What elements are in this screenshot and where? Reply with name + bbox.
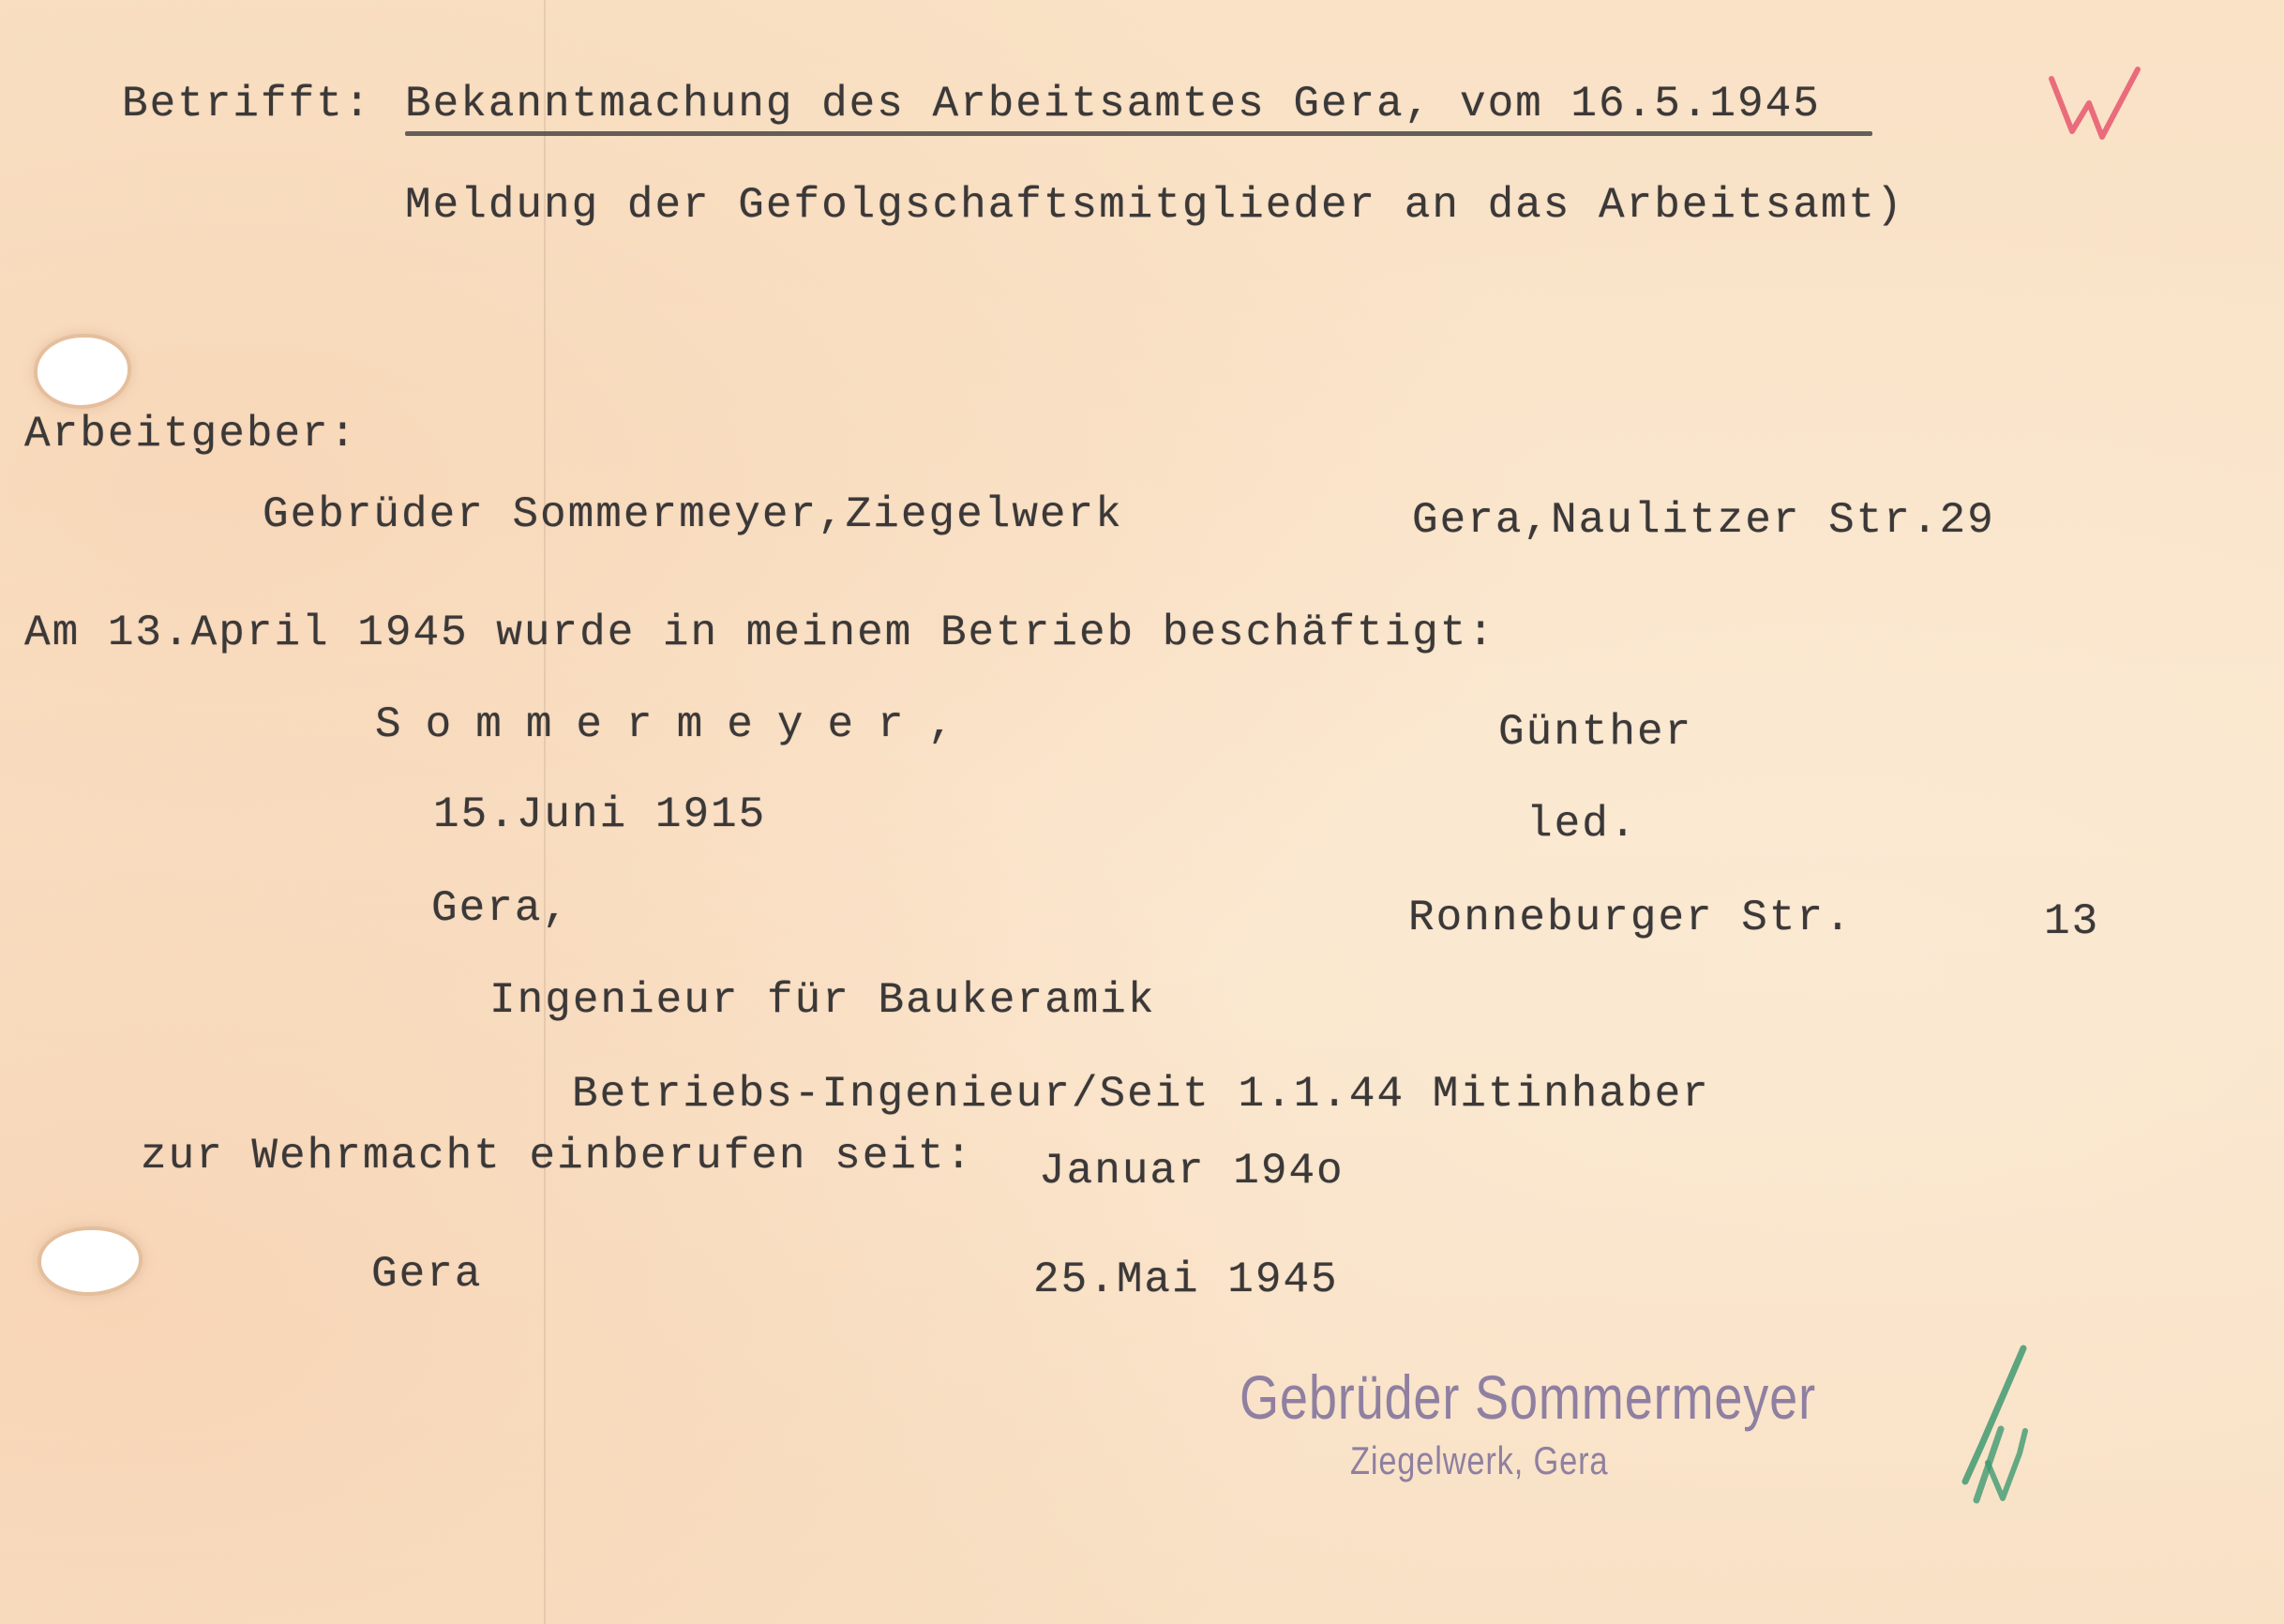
employer-name: Gebrüder Sommermeyer,Ziegelwerk bbox=[263, 493, 1123, 536]
green-signature-icon bbox=[1950, 1341, 2053, 1510]
employee-street: Ronneburger Str. bbox=[1408, 896, 1853, 940]
military-label: zur Wehrmacht einberufen seit: bbox=[141, 1135, 973, 1178]
paper-background bbox=[0, 0, 2284, 1624]
subject-subtitle: Meldung der Gefolgschaftsmitglieder an d… bbox=[405, 184, 1904, 227]
company-stamp-line1: Gebrüder Sommermeyer bbox=[1240, 1361, 1816, 1433]
employee-first-name: Günther bbox=[1498, 711, 1692, 754]
employee-birth-date: 15.Juni 1915 bbox=[433, 793, 766, 836]
subject-underline bbox=[405, 131, 1872, 136]
employee-position: Betriebs-Ingenieur/Seit 1.1.44 Mitinhabe… bbox=[572, 1073, 1710, 1116]
red-pencil-mark-icon bbox=[2044, 60, 2147, 144]
subject-title: Bekanntmachung des Arbeitsamtes Gera, vo… bbox=[405, 83, 1821, 126]
place: Gera bbox=[371, 1253, 482, 1296]
intro-line: Am 13.April 1945 wurde in meinem Betrieb… bbox=[24, 611, 1495, 654]
employer-label: Arbeitgeber: bbox=[24, 413, 357, 456]
employer-address: Gera,Naulitzer Str.29 bbox=[1412, 499, 1995, 542]
employee-house-number: 13 bbox=[2044, 900, 2099, 943]
document-date: 25.Mai 1945 bbox=[1033, 1258, 1339, 1301]
company-stamp-line2: Ziegelwerk, Gera bbox=[1350, 1438, 1608, 1483]
employee-surname: Sommermeyer, bbox=[375, 703, 978, 746]
employee-city: Gera, bbox=[431, 887, 570, 930]
military-date: Januar 194o bbox=[1039, 1150, 1345, 1193]
employee-profession: Ingenieur für Baukeramik bbox=[489, 979, 1156, 1022]
employee-marital-status: led. bbox=[1526, 803, 1637, 846]
subject-label: Betrifft: bbox=[122, 83, 371, 126]
